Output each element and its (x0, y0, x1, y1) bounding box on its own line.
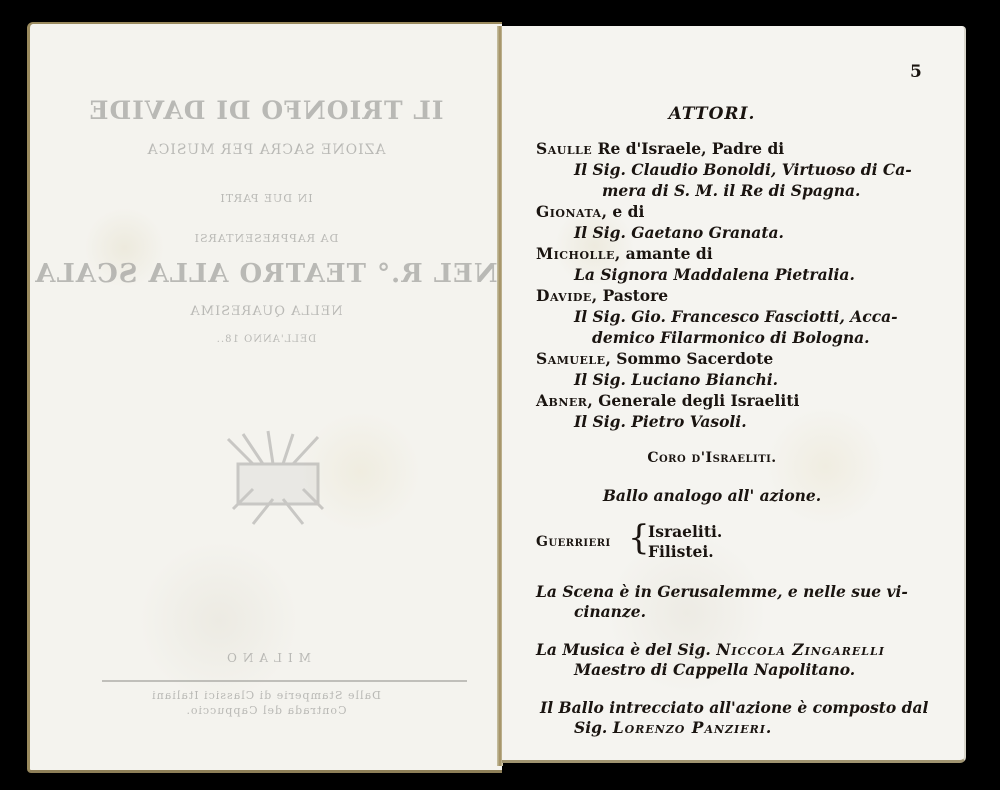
music-prefix: La Musica è del Sig. (536, 640, 716, 659)
warriors-label: Guerrieri (536, 534, 611, 550)
cast-entry-saulle: Saulle Re d'Israele, Padre di (536, 139, 784, 158)
role-description: , Generale degli Israeliti (587, 391, 799, 410)
page-number: 5 (910, 62, 922, 82)
role-name: Micholle (536, 244, 615, 263)
cast-entry-micholle: Micholle, amante di (536, 244, 713, 263)
brace-symbol: { (628, 521, 650, 555)
role-description: , Pastore (592, 286, 668, 305)
performer-line: Il Sig. Luciano Bianchi. (574, 370, 778, 389)
cast-entry-abner: Abner, Generale degli Israeliti (536, 391, 799, 410)
performer-line: Il Sig. Gaetano Granata. (574, 223, 784, 242)
role-description: Re d'Israele, Padre di (592, 139, 784, 158)
ghost-parts: IN DUE PARTI (30, 192, 502, 205)
left-page: IL TRIONFO DI DAVIDE AZIONE SACRA PER MU… (27, 22, 502, 773)
performer-line: mera di S. M. il Re di Spagna. (602, 181, 860, 200)
performer-line: demico Filarmonico di Bologna. (592, 328, 870, 347)
right-page: 5 ATTORI. Saulle Re d'Israele, Padre di … (502, 26, 966, 763)
ballet-prefix: Sig. (574, 718, 613, 737)
music-line-2: Maestro di Cappella Napolitano. (574, 660, 855, 679)
cast-entry-samuele: Samuele, Sommo Sacerdote (536, 349, 773, 368)
ghost-title: IL TRIONFO DI DAVIDE (30, 96, 502, 125)
chorus-line: Coro d'Israeliti. (502, 450, 922, 466)
ghost-season: NELLA QUARESIMA (30, 304, 502, 319)
open-libretto: IL TRIONFO DI DAVIDE AZIONE SACRA PER MU… (0, 0, 1000, 790)
performer-line: Il Sig. Gio. Francesco Fasciotti, Acca- (574, 307, 898, 326)
performer-line: Il Sig. Claudio Bonoldi, Virtuoso di Ca- (574, 160, 912, 179)
role-name: Gionata (536, 202, 602, 221)
role-name: Davide (536, 286, 592, 305)
performer-line: La Signora Maddalena Pietralia. (574, 265, 855, 284)
scene-line-2: cinanze. (574, 602, 646, 621)
ghost-theatre: NEL R.° TEATRO ALLA SCALA (30, 259, 502, 289)
ghost-city: MILANO (30, 651, 502, 665)
warriors-group: Filistei. (648, 542, 714, 561)
emblem-icon (213, 429, 343, 529)
ballet-line-1: Il Ballo intrecciato all'azione è compos… (540, 698, 928, 717)
role-name: Samuele (536, 349, 606, 368)
choreographer-name: Lorenzo Panzieri. (613, 718, 773, 737)
ballet-line-2: Sig. Lorenzo Panzieri. (574, 718, 772, 737)
ghost-imprint-2: Contrada del Cappuccio. (30, 704, 502, 717)
role-name: Abner (536, 391, 587, 410)
ghost-imprint-1: Dalle Stamperie di Classici Italiani (30, 689, 502, 702)
ghost-performance: DA RAPPRESENTARSI (30, 232, 502, 245)
cast-heading: ATTORI. (502, 104, 922, 124)
role-name: Saulle (536, 139, 592, 158)
cast-entry-davide: Davide, Pastore (536, 286, 668, 305)
role-description: , amante di (615, 244, 713, 263)
ballet-note: Ballo analogo all' azione. (502, 486, 922, 505)
role-description: , e di (602, 202, 645, 221)
composer-name: Niccola Zingarelli (716, 640, 885, 659)
warriors-group: Israeliti. (648, 522, 722, 541)
performer-line: Il Sig. Pietro Vasoli. (574, 412, 747, 431)
cast-entry-gionata: Gionata, e di (536, 202, 644, 221)
music-line-1: La Musica è del Sig. Niccola Zingarelli (536, 640, 885, 659)
scene-line-1: La Scena è in Gerusalemme, e nelle sue v… (536, 582, 908, 601)
ghost-year: DELL'ANNO 18.. (30, 334, 502, 345)
ghost-subtitle: AZIONE SACRA PER MUSICA (30, 142, 502, 158)
role-description: , Sommo Sacerdote (606, 349, 774, 368)
ghost-rule (102, 680, 467, 682)
